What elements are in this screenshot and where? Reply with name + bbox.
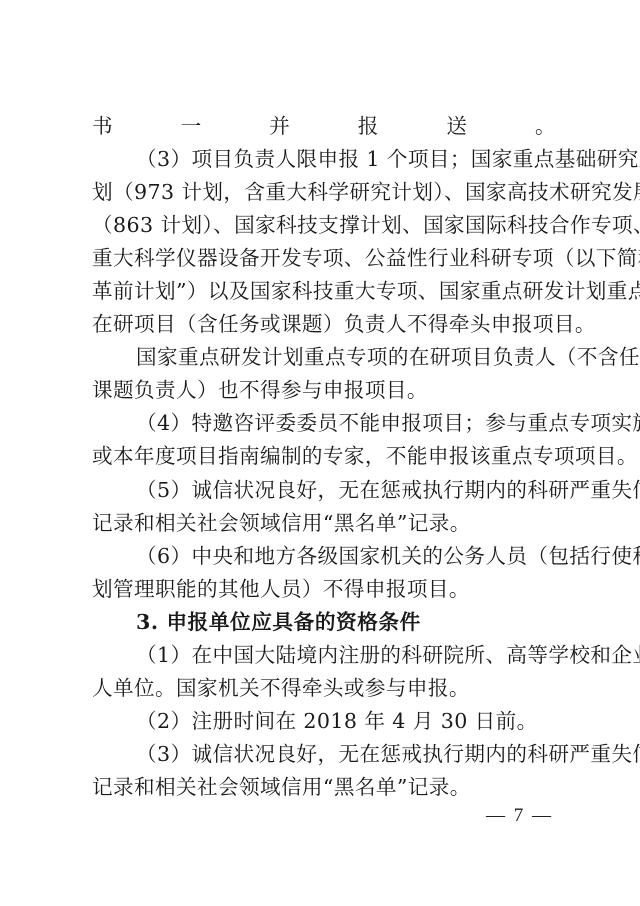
text-line: 划（973 计划，含重大科学研究计划）、国家高技术研究发展计划 (92, 176, 556, 209)
text-line: 记录和相关社会领域信用“黑名单”记录。 (92, 507, 556, 540)
text-line: （2）注册时间在 2018 年 4 月 30 日前。 (92, 705, 556, 738)
text-line: 书一并报送。 (92, 110, 556, 143)
text-line: 或本年度项目指南编制的专家，不能申报该重点专项项目。 (92, 440, 556, 473)
text-line: 国家重点研发计划重点专项的在研项目负责人（不含任务或 (92, 341, 556, 374)
text-line: （3）诚信状况良好，无在惩戒执行期内的科研严重失信行为 (92, 738, 556, 771)
text-line: 课题负责人）也不得参与申报项目。 (92, 374, 556, 407)
section-heading: 3. 申报单位应具备的资格条件 (92, 606, 556, 639)
text-line: 重大科学仪器设备开发专项、公益性行业科研专项（以下简称“改 (92, 242, 556, 275)
text-line: （4）特邀咨评委委员不能申报项目；参与重点专项实施方案 (92, 407, 556, 440)
text-line: 人单位。国家机关不得牵头或参与申报。 (92, 672, 556, 705)
text-line: 革前计划”）以及国家科技重大专项、国家重点研发计划重点专项 (92, 275, 556, 308)
text-line: （1）在中国大陆境内注册的科研院所、高等学校和企业等法 (92, 639, 556, 672)
text-line: （863 计划）、国家科技支撑计划、国家国际科技合作专项、国家 (92, 209, 556, 242)
text-line: 记录和相关社会领域信用“黑名单”记录。 (92, 771, 556, 804)
document-page: 书一并报送。 （3）项目负责人限申报 1 个项目；国家重点基础研究发展计 划（9… (92, 110, 556, 804)
text-line: 划管理职能的其他人员）不得申报项目。 (92, 573, 556, 606)
text-line: （3）项目负责人限申报 1 个项目；国家重点基础研究发展计 (92, 143, 556, 176)
page-number: — 7 — (486, 805, 553, 827)
text-line: 在研项目（含任务或课题）负责人不得牵头申报项目。 (92, 308, 556, 341)
text-line: （6）中央和地方各级国家机关的公务人员（包括行使科技计 (92, 540, 556, 573)
text-line: （5）诚信状况良好，无在惩戒执行期内的科研严重失信行为 (92, 474, 556, 507)
